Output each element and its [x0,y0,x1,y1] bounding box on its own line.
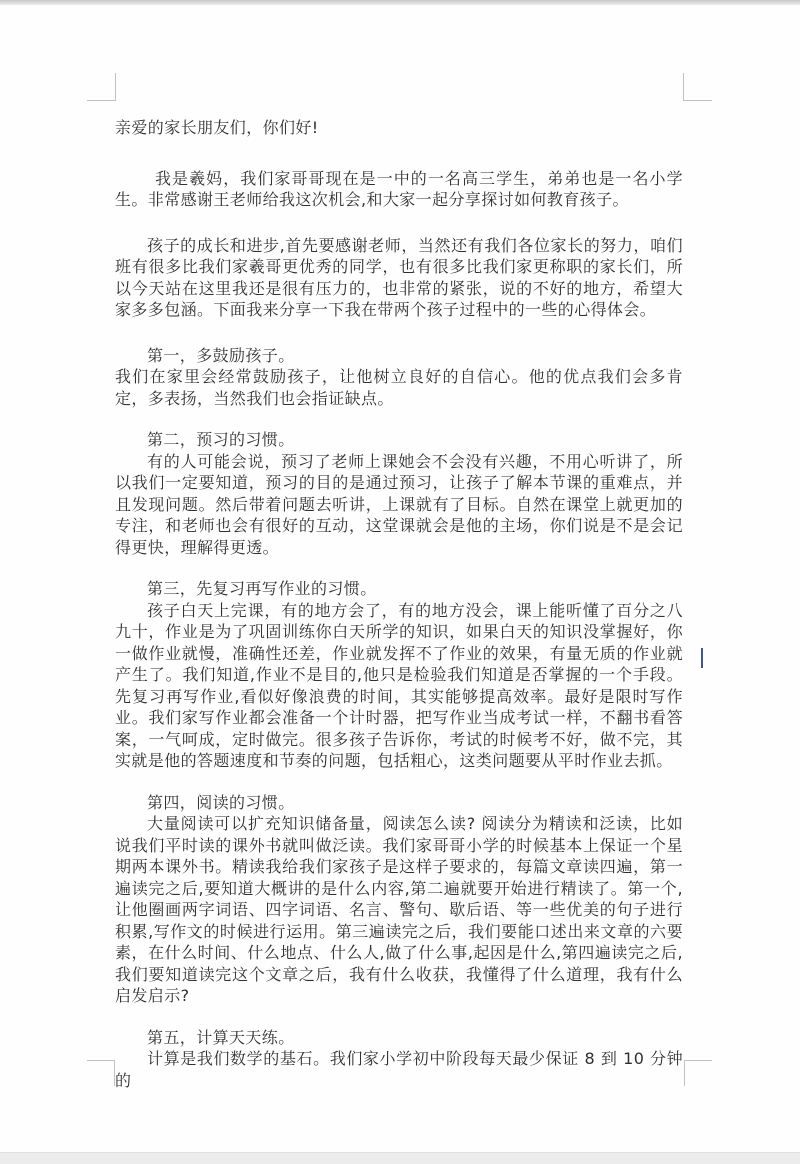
section-4-heading[interactable]: 第四，阅读的习惯。 [115,792,683,814]
margin-corner-bottom-left [87,1060,115,1086]
section-3-heading[interactable]: 第三，先复习再写作业的习惯。 [115,578,683,600]
section-4-body[interactable]: 大量阅读可以扩充知识储备量，阅读怎么读? 阅读分为精读和泛读，比如说我们平时读的… [115,813,683,1007]
margin-corner-top-left [87,73,116,101]
section-1: 第一，多鼓励孩子。 我们在家里会经常鼓励孩子，让他树立良好的自信心。他的优点我们… [115,345,683,410]
intro-paragraph[interactable]: 我是羲妈，我们家哥哥现在是一中的一名高三学生，弟弟也是一名小学生。非常感谢王老师… [115,168,683,211]
text-cursor [701,648,703,668]
section-5: 第五，计算天天练。 计算是我们数学的基石。我们家小学初中阶段每天最少保证 8 到… [115,1027,683,1092]
acknowledgement-paragraph[interactable]: 孩子的成长和进步,首先要感谢老师，当然还有我们各位家长的努力，咱们班有很多比我们… [115,235,683,321]
section-3: 第三，先复习再写作业的习惯。 孩子白天上完课，有的地方会了，有的地方没会，课上能… [115,578,683,772]
section-2: 第二，预习的习惯。 有的人可能会说，预习了老师上课她会不会没有兴趣，不用心听讲了… [115,429,683,558]
margin-corner-top-right [683,73,712,101]
section-5-heading[interactable]: 第五，计算天天练。 [115,1027,683,1049]
window-bottom-edge [0,1152,800,1164]
section-2-body[interactable]: 有的人可能会说，预习了老师上课她会不会没有兴趣，不用心听讲了，所以我们一定要知道… [115,451,683,559]
document-page: { "colors": { "caret": "#3d52a0" }, "doc… [0,0,800,1164]
window-top-edge [0,0,800,5]
margin-corner-bottom-right [684,1060,712,1086]
section-1-heading[interactable]: 第一，多鼓励孩子。 [115,345,683,367]
document-text-area[interactable]: 亲爱的家长朋友们，你们好! 我是羲妈，我们家哥哥现在是一中的一名高三学生，弟弟也… [115,117,683,1111]
section-5-body[interactable]: 计算是我们数学的基石。我们家小学初中阶段每天最少保证 8 到 10 分钟的 [115,1048,683,1091]
section-1-body[interactable]: 我们在家里会经常鼓励孩子，让他树立良好的自信心。他的优点我们会多肯定，多表扬，当… [115,366,683,409]
section-4: 第四，阅读的习惯。 大量阅读可以扩充知识储备量，阅读怎么读? 阅读分为精读和泛读… [115,792,683,1007]
section-2-heading[interactable]: 第二，预习的习惯。 [115,429,683,451]
greeting-line[interactable]: 亲爱的家长朋友们，你们好! [115,117,683,139]
section-3-body[interactable]: 孩子白天上完课，有的地方会了，有的地方没会，课上能听懂了百分之八九十，作业是为了… [115,600,683,772]
